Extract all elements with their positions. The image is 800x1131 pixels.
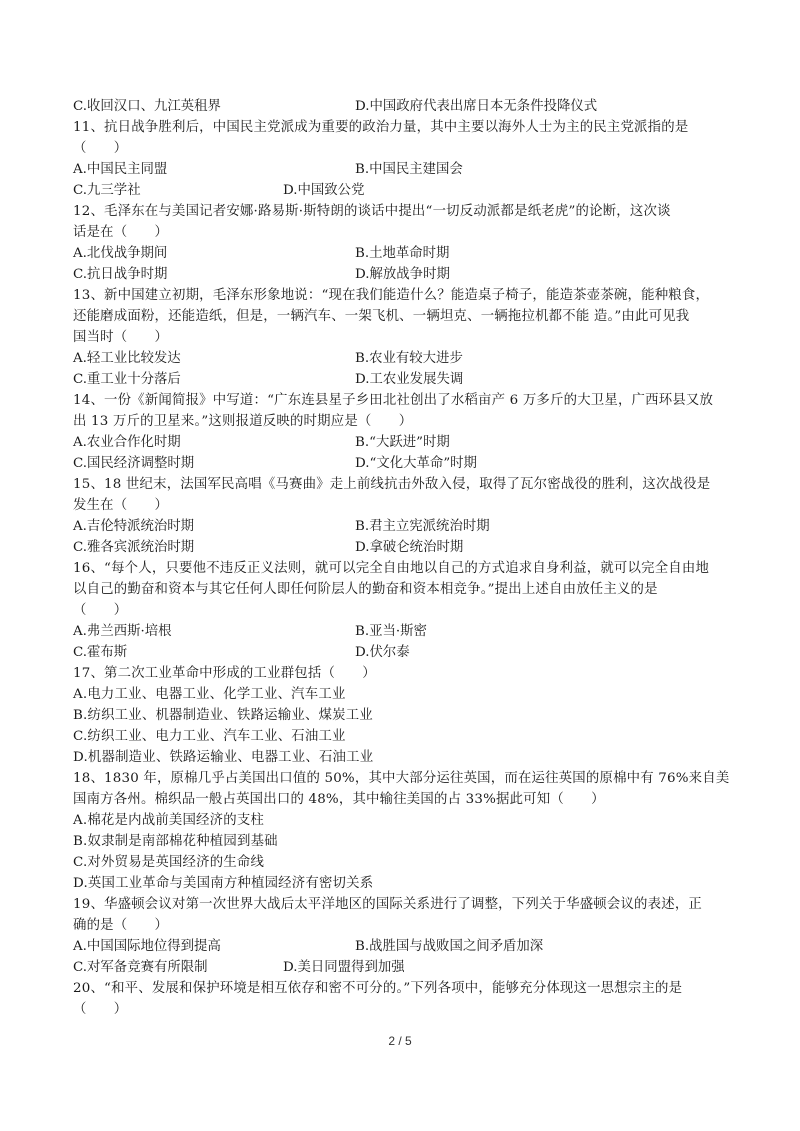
question-text: 12、毛泽东在与美国记者安娜·路易斯·斯特朗的谈话中提出“一切反动派都是纸老虎”… — [73, 201, 733, 222]
question-text: 16、“每个人，只要他不违反正义法则，就可以完全自由地以自己的方式追求自身利益，… — [73, 558, 733, 579]
question-13: 13、新中国建立初期，毛泽东形象地说：“现在我们能造什么？能造桌子椅子，能造茶壶… — [73, 285, 733, 390]
question-text: 15、18 世纪末，法国军民高唱《马赛曲》走上前线抗击外敌入侵，取得了瓦尔密战役… — [73, 474, 733, 495]
option-b: B.中国民主建国会 — [355, 159, 463, 180]
options-row: A.农业合作化时期 B.“大跃进”时期 — [73, 432, 733, 453]
question-text: 17、第二次工业革命中形成的工业群包括（ ） — [73, 663, 733, 684]
question-text: 18、1830 年，原棉几乎占美国出口值的 50%，其中大部分运往英国，而在运往… — [73, 768, 733, 789]
question-text: 11、抗日战争胜利后，中国民主党派成为重要的政治力量，其中主要以海外人士为主的民… — [73, 117, 733, 138]
option-d: D.解放战争时期 — [355, 264, 450, 285]
option-d: D.英国工业革命与美国南方种植园经济有密切关系 — [73, 873, 733, 894]
answer-blank: （ ） — [73, 138, 733, 159]
option-d: D.美日同盟得到加强 — [283, 957, 405, 978]
question-text: 20、“和平、发展和保护环境是相互依存和密不可分的。”下列各项中，能够充分体现这… — [73, 978, 733, 999]
options-row: C.收回汉口、九江英租界 D.中国政府代表出席日本无条件投降仪式 — [73, 96, 733, 117]
page-indicator: 2 / 5 — [0, 1034, 800, 1048]
option-c: C.抗日战争时期 — [73, 264, 167, 285]
option-c: C.收回汉口、九江英租界 — [73, 96, 221, 117]
option-c: C.雅各宾派统治时期 — [73, 537, 194, 558]
option-c: C.纺织工业、电力工业、汽车工业、石油工业 — [73, 726, 733, 747]
question-text: 以自己的勤奋和资本与其它任何人即任何阶层人的勤奋和资本相竞争。”提出上述自由放任… — [73, 579, 733, 600]
exam-page: C.收回汉口、九江英租界 D.中国政府代表出席日本无条件投降仪式 11、抗日战争… — [73, 96, 733, 1020]
option-d: D.中国致公党 — [283, 180, 364, 201]
question-text: 还能磨成面粉，还能造纸，但是，一辆汽车、一架飞机、一辆坦克、一辆拖拉机都不能 造… — [73, 306, 733, 327]
options-row: C.霍布斯 D.伏尔泰 — [73, 642, 733, 663]
question-text: 确的是（ ） — [73, 915, 733, 936]
option-b: B.纺织工业、机器制造业、铁路运输业、煤炭工业 — [73, 705, 733, 726]
question-text: 国南方各州。棉织品一般占英国出口的 48%，其中输往美国的占 33%据此可知（ … — [73, 789, 733, 810]
option-d: D.拿破仑统治时期 — [355, 537, 463, 558]
option-b: B.农业有较大进步 — [355, 348, 463, 369]
option-a: A.农业合作化时期 — [73, 432, 181, 453]
option-a: A.中国国际地位得到提高 — [73, 936, 221, 957]
options-row: C.国民经济调整时期 D.“文化大革命”时期 — [73, 453, 733, 474]
option-b: B.“大跃进”时期 — [355, 432, 450, 453]
question-16: 16、“每个人，只要他不违反正义法则，就可以完全自由地以自己的方式追求自身利益，… — [73, 558, 733, 663]
question-11: 11、抗日战争胜利后，中国民主党派成为重要的政治力量，其中主要以海外人士为主的民… — [73, 117, 733, 201]
answer-blank: （ ） — [73, 600, 733, 621]
options-row: A.中国国际地位得到提高 B.战胜国与战败国之间矛盾加深 — [73, 936, 733, 957]
option-a: A.北伐战争期间 — [73, 243, 167, 264]
question-text: 19、华盛顿会议对第一次世界大战后太平洋地区的国际关系进行了调整，下列关于华盛顿… — [73, 894, 733, 915]
question-text: 13、新中国建立初期，毛泽东形象地说：“现在我们能造什么？能造桌子椅子，能造茶壶… — [73, 285, 733, 306]
options-row: C.雅各宾派统治时期 D.拿破仑统治时期 — [73, 537, 733, 558]
option-d: D.“文化大革命”时期 — [355, 453, 477, 474]
option-b: B.战胜国与战败国之间矛盾加深 — [355, 936, 543, 957]
option-c: C.国民经济调整时期 — [73, 453, 194, 474]
option-b: B.君主立宪派统治时期 — [355, 516, 490, 537]
options-row: C.抗日战争时期 D.解放战争时期 — [73, 264, 733, 285]
answer-blank: （ ） — [73, 999, 733, 1020]
option-d: D.工农业发展失调 — [355, 369, 463, 390]
option-c: C.对军备竞赛有所限制 — [73, 957, 208, 978]
options-row: A.吉伦特派统治时期 B.君主立宪派统治时期 — [73, 516, 733, 537]
options-row: C.重工业十分落后 D.工农业发展失调 — [73, 369, 733, 390]
question-17: 17、第二次工业革命中形成的工业群包括（ ） A.电力工业、电器工业、化学工业、… — [73, 663, 733, 768]
option-c: C.霍布斯 — [73, 642, 127, 663]
question-19: 19、华盛顿会议对第一次世界大战后太平洋地区的国际关系进行了调整，下列关于华盛顿… — [73, 894, 733, 978]
options-row: A.中国民主同盟 B.中国民主建国会 — [73, 159, 733, 180]
question-15: 15、18 世纪末，法国军民高唱《马赛曲》走上前线抗击外敌入侵，取得了瓦尔密战役… — [73, 474, 733, 558]
options-row: A.北伐战争期间 B.土地革命时期 — [73, 243, 733, 264]
option-c: C.九三学社 — [73, 180, 141, 201]
option-c: C.对外贸易是英国经济的生命线 — [73, 852, 733, 873]
option-d: D.中国政府代表出席日本无条件投降仪式 — [355, 96, 597, 117]
options-row: C.对军备竞赛有所限制 D.美日同盟得到加强 — [73, 957, 733, 978]
option-a: A.轻工业比较发达 — [73, 348, 181, 369]
option-c: C.重工业十分落后 — [73, 369, 181, 390]
question-text: 出 13 万斤的卫星来。”这则报道反映的时期应是（ ） — [73, 411, 733, 432]
question-14: 14、一份《新闻简报》中写道：“广东连县星子乡田北社创出了水稻亩产 6 万多斤的… — [73, 390, 733, 474]
option-b: B.土地革命时期 — [355, 243, 449, 264]
option-a: A.棉花是内战前美国经济的支柱 — [73, 810, 733, 831]
question-20: 20、“和平、发展和保护环境是相互依存和密不可分的。”下列各项中，能够充分体现这… — [73, 978, 733, 1020]
options-row: A.弗兰西斯·培根 B.亚当·斯密 — [73, 621, 733, 642]
question-text: 14、一份《新闻简报》中写道：“广东连县星子乡田北社创出了水稻亩产 6 万多斤的… — [73, 390, 733, 411]
option-a: A.电力工业、电器工业、化学工业、汽车工业 — [73, 684, 733, 705]
options-row: A.轻工业比较发达 B.农业有较大进步 — [73, 348, 733, 369]
question-text: 发生在（ ） — [73, 495, 733, 516]
option-b: B.亚当·斯密 — [355, 621, 427, 642]
question-text: 话是在（ ） — [73, 222, 733, 243]
option-d: D.伏尔泰 — [355, 642, 410, 663]
options-row: C.九三学社 D.中国致公党 — [73, 180, 733, 201]
option-a: A.吉伦特派统治时期 — [73, 516, 194, 537]
question-18: 18、1830 年，原棉几乎占美国出口值的 50%，其中大部分运往英国，而在运往… — [73, 768, 733, 894]
option-a: A.中国民主同盟 — [73, 159, 167, 180]
option-b: B.奴隶制是南部棉花种植园到基础 — [73, 831, 733, 852]
option-d: D.机器制造业、铁路运输业、电器工业、石油工业 — [73, 747, 733, 768]
question-text: 国当时（ ） — [73, 327, 733, 348]
question-12: 12、毛泽东在与美国记者安娜·路易斯·斯特朗的谈话中提出“一切反动派都是纸老虎”… — [73, 201, 733, 285]
option-a: A.弗兰西斯·培根 — [73, 621, 172, 642]
